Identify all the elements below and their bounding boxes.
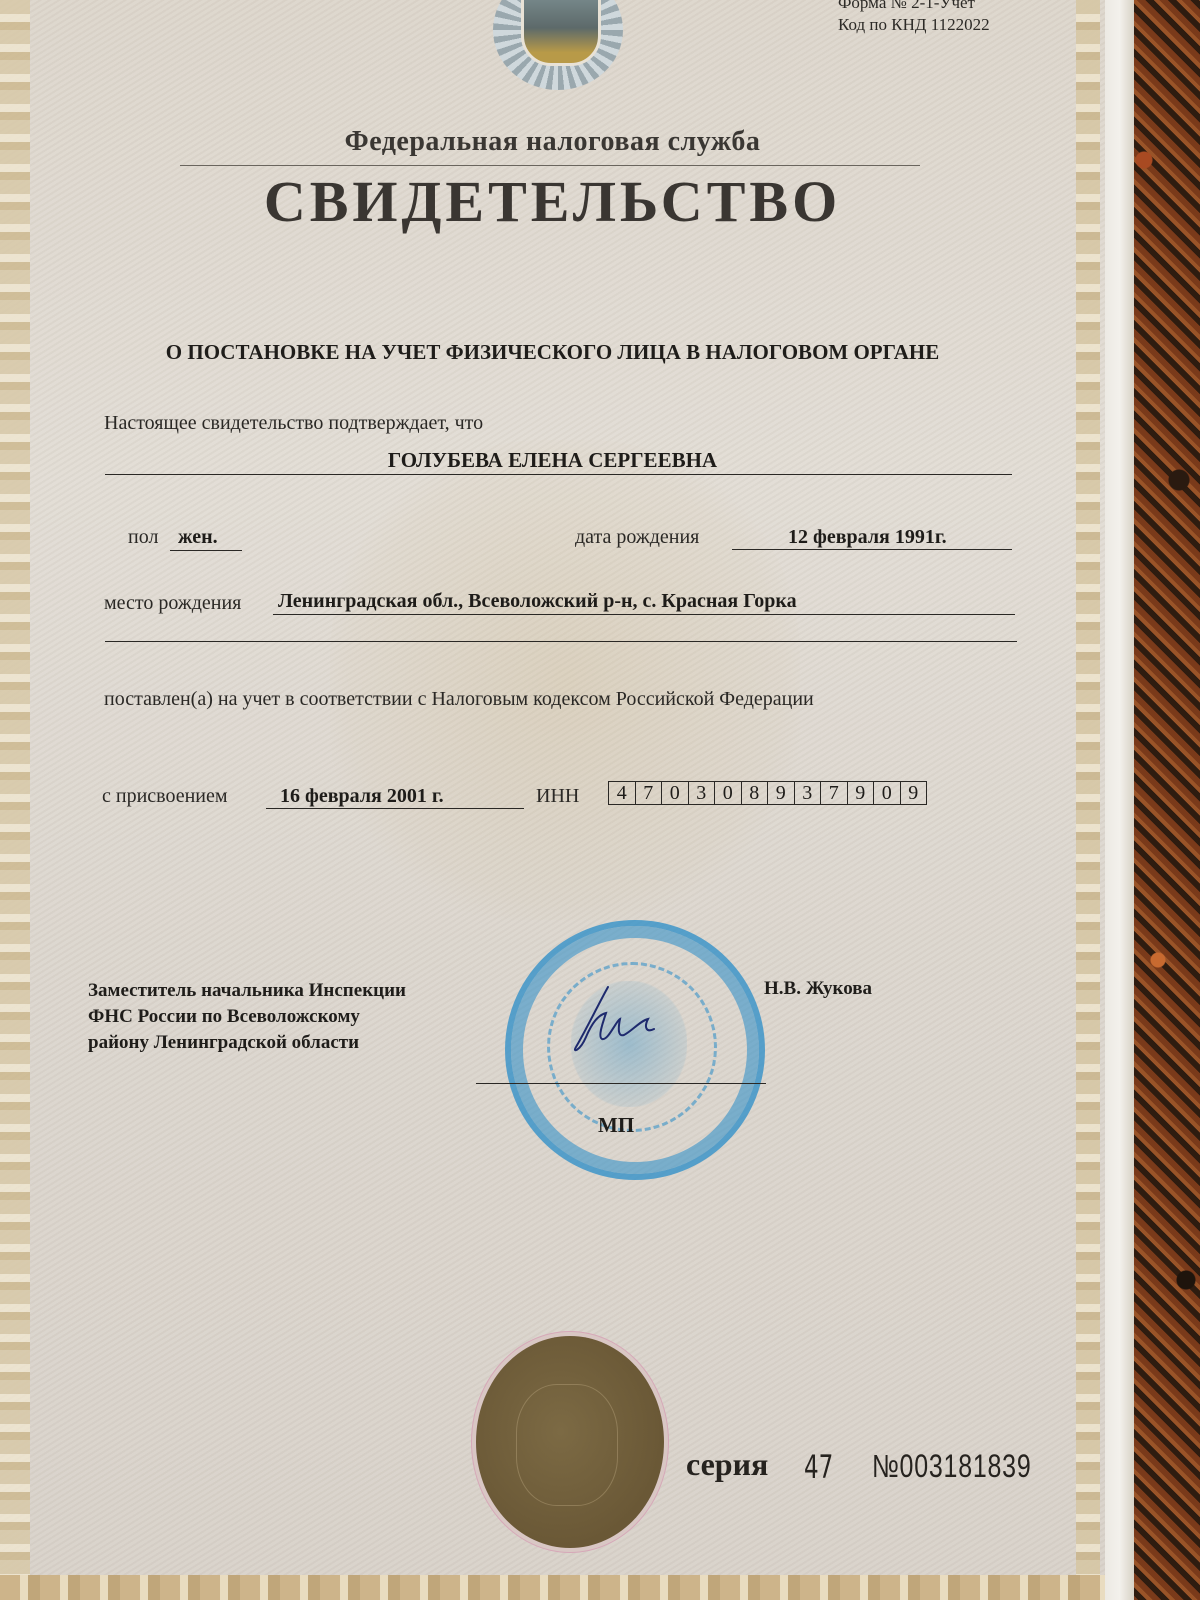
- ornamental-border-bottom: [0, 1575, 1105, 1600]
- assigned-label: с присвоением: [102, 785, 228, 808]
- intro-text: Настоящее свидетельство подтверждает, чт…: [104, 412, 483, 435]
- assigned-date-underline: [266, 808, 524, 809]
- seal-eagle-icon: [516, 1384, 618, 1506]
- inn-digit-cell: 9: [768, 782, 795, 804]
- form-number: Форма № 2-1-Учет: [838, 0, 990, 14]
- sex-label: пол: [128, 526, 158, 549]
- inn-digit-cell: 7: [821, 782, 848, 804]
- dob-underline: [732, 549, 1012, 550]
- knd-code: Код по КНД 1122022: [838, 14, 990, 36]
- assigned-date: 16 февраля 2001 г.: [280, 785, 444, 808]
- coat-of-arms-icon: [521, 0, 601, 66]
- signer-position-line-2: ФНС России по Всеволожскому: [88, 1004, 406, 1030]
- ornamental-border-right: [1076, 0, 1100, 1600]
- ornamental-border-left: [0, 0, 30, 1600]
- eagle-watermark-icon: [330, 440, 800, 920]
- inn-digit-cell: 7: [636, 782, 663, 804]
- stamp-place-label: МП: [598, 1113, 634, 1138]
- signer-position-line-3: району Ленинградской области: [88, 1030, 406, 1056]
- inn-digit-cell: 9: [848, 782, 875, 804]
- inn-digit-cell: 0: [874, 782, 901, 804]
- inn-digit-cell: 0: [715, 782, 742, 804]
- inn-digit-cell: 3: [689, 782, 716, 804]
- birthplace-value: Ленинградская обл., Всеволожский р-н, с.…: [278, 590, 797, 613]
- name-underline: [105, 474, 1012, 475]
- signer-position: Заместитель начальника Инспекции ФНС Рос…: [88, 978, 406, 1056]
- signer-position-line-1: Заместитель начальника Инспекции: [88, 978, 406, 1004]
- inn-digit-boxes: 470308937909: [608, 781, 927, 805]
- inn-label: ИНН: [536, 785, 579, 808]
- sex-underline: [170, 550, 242, 551]
- embossed-seal-icon: [476, 1336, 664, 1548]
- full-name: ГОЛУБЕВА ЕЛЕНА СЕРГЕЕВНА: [0, 448, 1105, 473]
- sex-value: жен.: [178, 526, 218, 549]
- form-code-block: Форма № 2-1-Учет Код по КНД 1122022: [838, 0, 990, 36]
- document-title: СВИДЕТЕЛЬСТВО: [0, 168, 1105, 235]
- inn-digit-cell: 3: [795, 782, 822, 804]
- header-divider: [180, 165, 920, 166]
- inn-digit-cell: 9: [901, 782, 927, 804]
- carpet-background: [1130, 0, 1200, 1600]
- signature-line: [476, 1083, 766, 1084]
- registered-text: поставлен(а) на учет в соответствии с На…: [104, 688, 814, 711]
- birthplace-underline-2: [105, 641, 1017, 642]
- certificate-paper: Форма № 2-1-Учет Код по КНД 1122022 Феде…: [0, 0, 1105, 1600]
- birthplace-underline: [273, 614, 1015, 615]
- inn-digit-cell: 8: [742, 782, 769, 804]
- handwritten-signature-icon: [568, 985, 678, 1055]
- document-subtitle: О ПОСТАНОВКЕ НА УЧЕТ ФИЗИЧЕСКОГО ЛИЦА В …: [0, 340, 1105, 365]
- series-label: серия: [686, 1446, 768, 1483]
- signer-name: Н.В. Жукова: [764, 978, 872, 1000]
- inn-digit-cell: 4: [609, 782, 636, 804]
- agency-name: Федеральная налоговая служба: [0, 126, 1105, 158]
- birthplace-label: место рождения: [104, 592, 241, 615]
- series-value: 47: [804, 1448, 833, 1486]
- fns-emblem-icon: [493, 0, 623, 90]
- inn-digit-cell: 0: [662, 782, 689, 804]
- dob-label: дата рождения: [575, 526, 699, 549]
- dob-value: 12 февраля 1991г.: [788, 526, 947, 549]
- certificate-number: №003181839: [872, 1448, 1032, 1485]
